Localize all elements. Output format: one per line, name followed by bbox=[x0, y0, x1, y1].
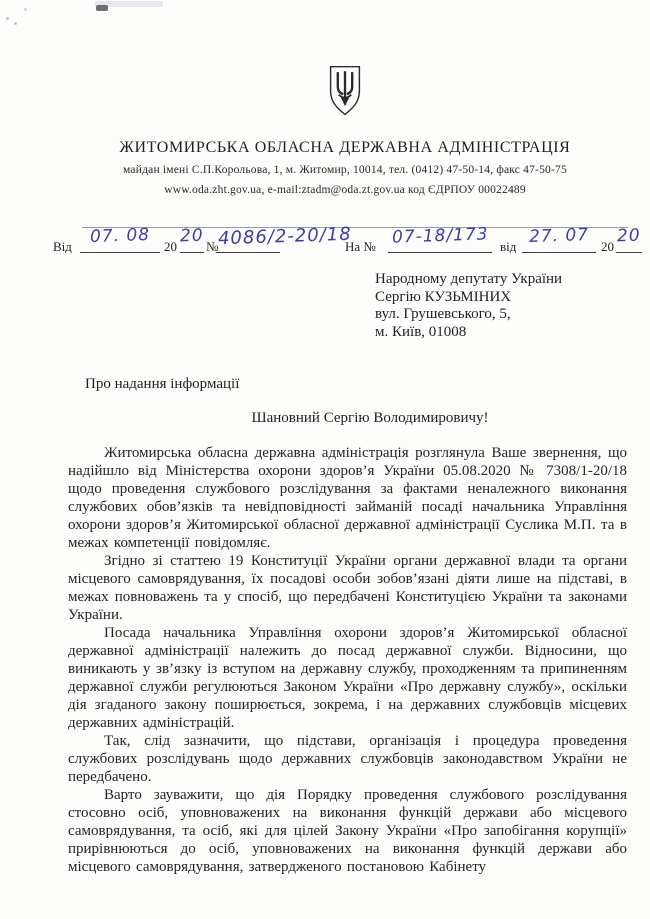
incoming-year-prefix: 20 bbox=[601, 239, 614, 255]
outgoing-from-label: Від bbox=[53, 239, 72, 255]
body-paragraph: Варто зауважити, що дія Порядку проведен… bbox=[68, 786, 627, 876]
outgoing-year-handwritten: 20 bbox=[180, 226, 204, 253]
subject-line: Про надання інформації bbox=[85, 376, 239, 393]
body-paragraph: Згідно зі статтею 19 Конституції України… bbox=[68, 552, 627, 624]
reply-date-label: від bbox=[500, 239, 516, 255]
recipient-block: Народному депутату України Сергію КУЗЬМІ… bbox=[375, 271, 562, 341]
scan-artifact bbox=[6, 17, 9, 20]
incoming-number-handwritten: 07-18/173 bbox=[388, 226, 492, 253]
org-name: ЖИТОМИРСЬКА ОБЛАСНА ДЕРЖАВНА АДМІНІСТРАЦ… bbox=[40, 139, 650, 157]
body-paragraph: Посада начальника Управління охорони здо… bbox=[68, 624, 627, 732]
body-paragraph: Житомирська обласна державна адміністрац… bbox=[68, 444, 627, 552]
coat-of-arms-icon bbox=[327, 62, 363, 125]
outgoing-year-prefix: 20 bbox=[164, 239, 177, 255]
body-paragraph: Так, слід зазначити, що підстави, органі… bbox=[68, 732, 627, 786]
reply-number-label: На № bbox=[345, 239, 376, 255]
scan-artifact bbox=[24, 8, 27, 11]
recipient-line: Сергію КУЗЬМІНИХ bbox=[375, 289, 562, 307]
recipient-line: м. Київ, 01008 bbox=[375, 324, 562, 342]
incoming-date-handwritten: 27. 07 bbox=[522, 226, 596, 253]
scan-artifact bbox=[14, 22, 17, 25]
outgoing-number-handwritten: 4086/2-20/18 bbox=[218, 226, 322, 253]
letter-page: ЖИТОМИРСЬКА ОБЛАСНА ДЕРЖАВНА АДМІНІСТРАЦ… bbox=[0, 0, 650, 919]
recipient-line: Народному депутату України bbox=[375, 271, 562, 289]
outgoing-date-handwritten: 07. 08 bbox=[80, 226, 160, 253]
contacts-line: www.oda.zht.gov.ua, e-mail:ztadm@oda.zt.… bbox=[40, 184, 650, 196]
outgoing-number-underline bbox=[216, 252, 280, 253]
incoming-year-handwritten: 20 bbox=[616, 226, 642, 253]
scan-artifact bbox=[96, 5, 108, 11]
address-line: майдан імені С.П.Корольова, 1, м. Житоми… bbox=[40, 164, 650, 176]
recipient-line: вул. Грушевського, 5, bbox=[375, 306, 562, 324]
reference-row: Від 07. 08 20 20 № 4086/2-20/18 На № 07-… bbox=[0, 230, 650, 264]
letter-body: Житомирська обласна державна адміністрац… bbox=[68, 444, 627, 876]
salutation: Шановний Сергію Володимировичу! bbox=[120, 410, 620, 427]
